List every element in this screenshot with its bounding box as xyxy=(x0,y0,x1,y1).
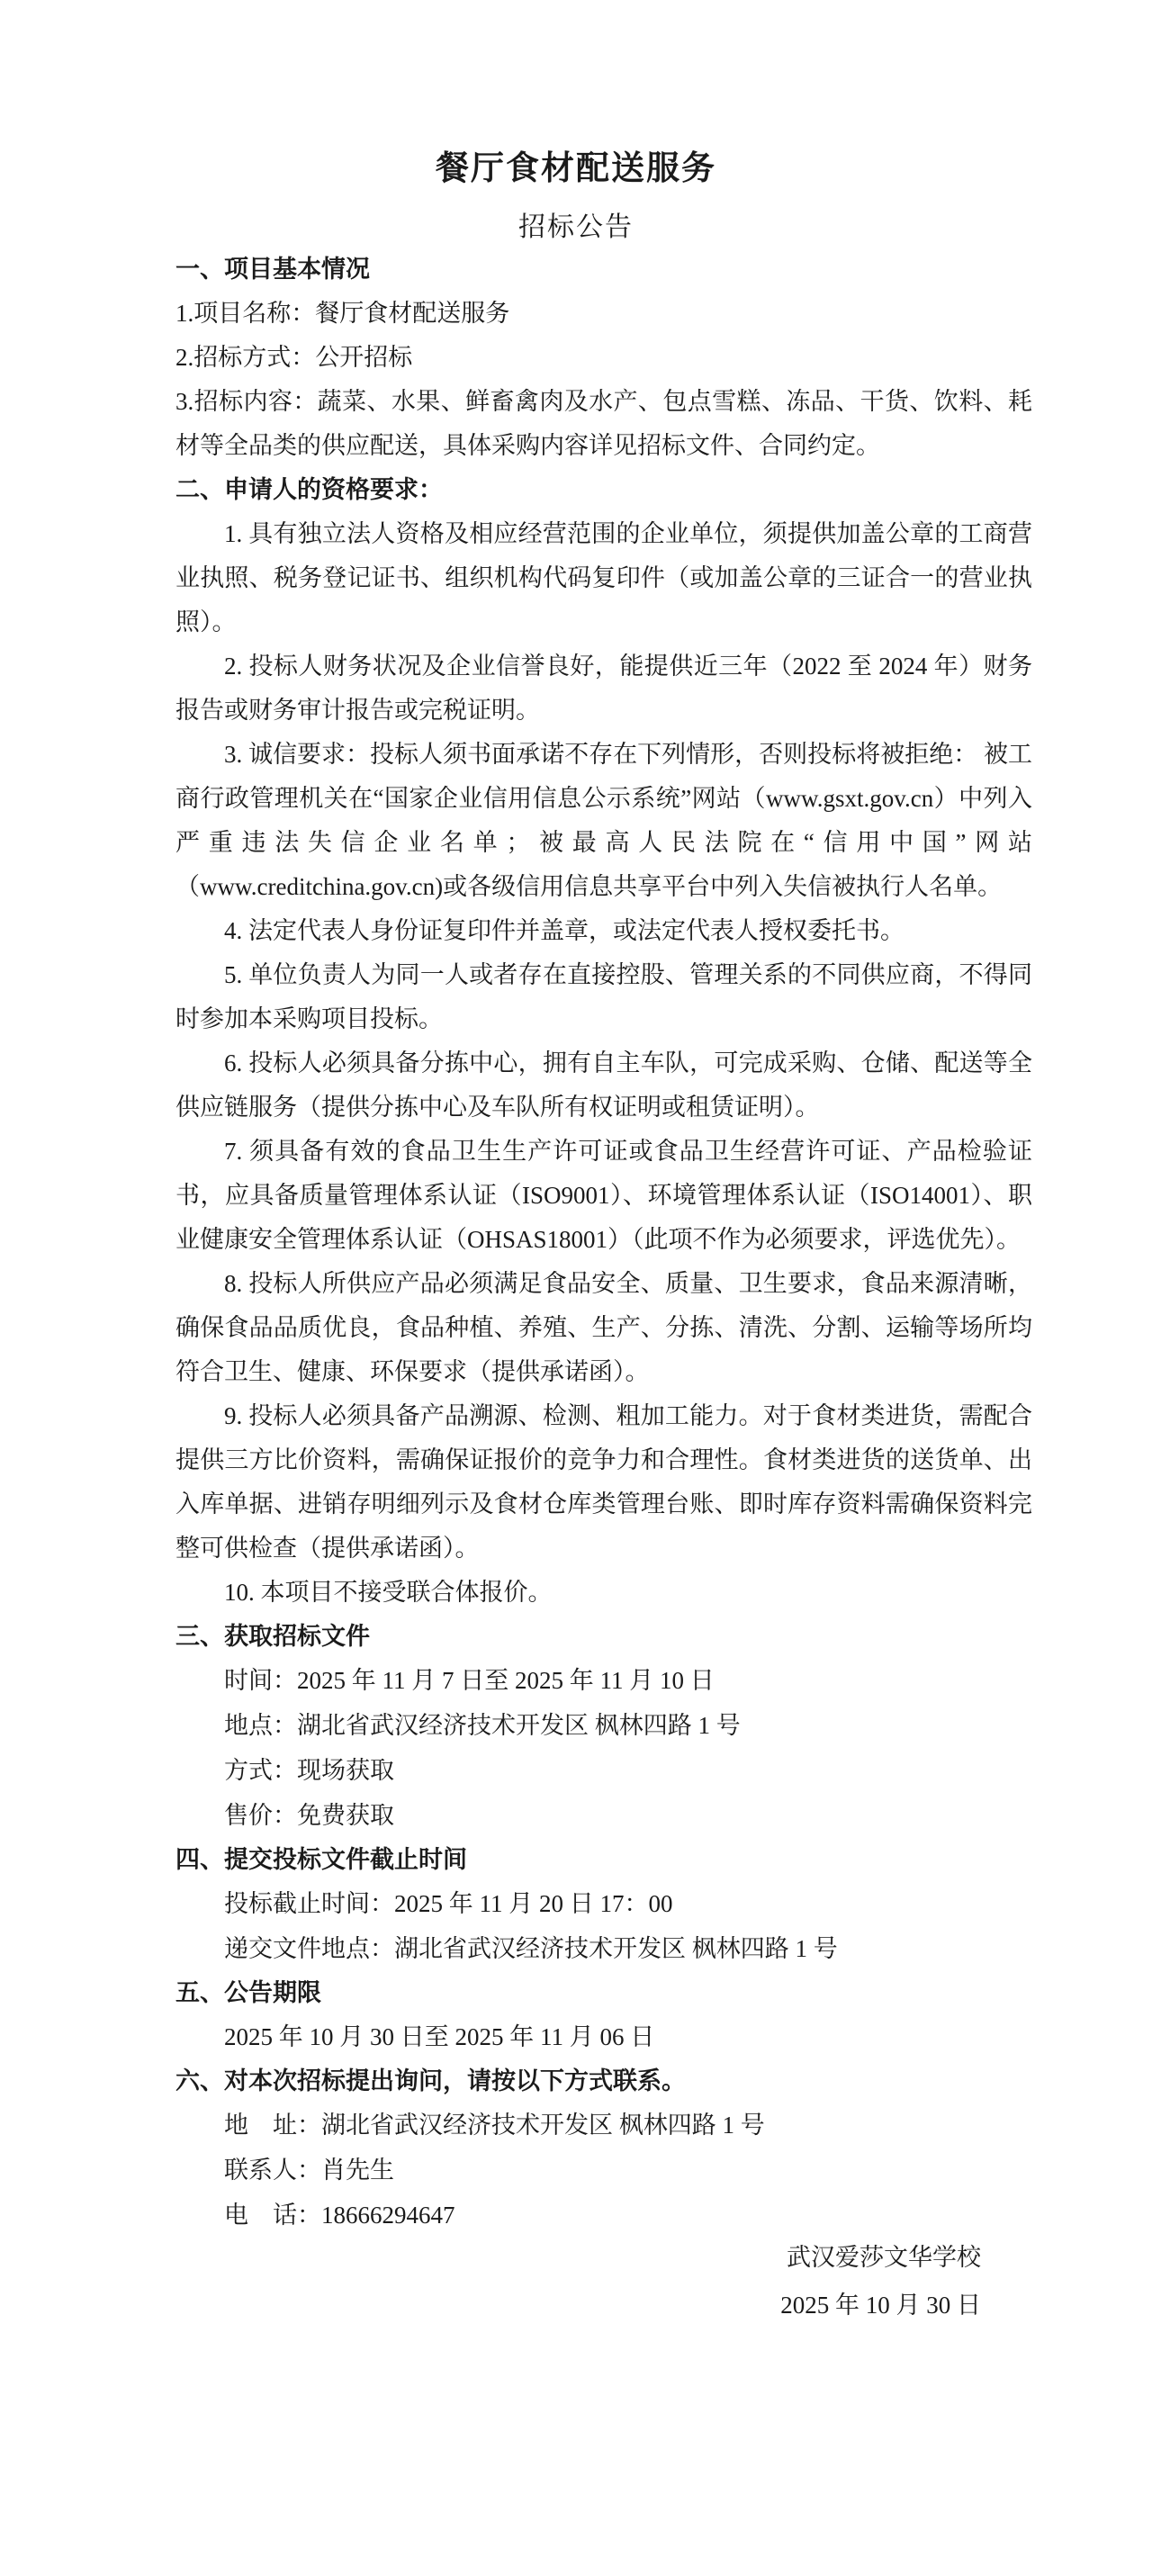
section-2: 二、申请人的资格要求：1. 具有独立法人资格及相应经营范围的企业单位，须提供加盖… xyxy=(175,468,1032,1615)
document-header: 餐厅食材配送服务 招标公告 xyxy=(0,0,1152,248)
page-title: 餐厅食材配送服务 xyxy=(0,149,1152,189)
section-paragraphs: 1.项目名称：餐厅食材配送服务2.招标方式：公开招标3.招标内容：蔬菜、水果、鲜… xyxy=(175,292,1032,468)
section-paragraphs: 2025 年 10 月 30 日至 2025 年 11 月 06 日 xyxy=(175,2015,1032,2059)
section-paragraphs: 地 址：湖北省武汉经济技术开发区 枫林四路 1 号联系人：肖先生电 话：1866… xyxy=(175,2103,1032,2238)
section-heading: 一、项目基本情况 xyxy=(175,248,1032,292)
signature-date: 2025 年 10 月 30 日 xyxy=(175,2283,981,2328)
document-subtitle: 招标公告 xyxy=(0,208,1152,248)
section-heading: 三、获取招标文件 xyxy=(175,1615,1032,1659)
paragraph: 4. 法定代表人身份证复印件并盖章，或法定代表人授权委托书。 xyxy=(175,909,1032,953)
section-heading: 五、公告期限 xyxy=(175,1971,1032,2015)
paragraph: 投标截止时间：2025 年 11 月 20 日 17：00 xyxy=(175,1882,1032,1926)
paragraph: 10. 本项目不接受联合体报价。 xyxy=(175,1571,1032,1615)
paragraph: 6. 投标人必须具备分拣中心，拥有自主车队，可完成采购、仓储、配送等全供应链服务… xyxy=(175,1041,1032,1130)
paragraph: 9. 投标人必须具备产品溯源、检测、粗加工能力。对于食材类进货，需配合提供三方比… xyxy=(175,1394,1032,1571)
signature-block: 武汉爱莎文华学校 2025 年 10 月 30 日 xyxy=(0,2236,1152,2328)
section-6: 六、对本次招标提出询问，请按以下方式联系。地 址：湖北省武汉经济技术开发区 枫林… xyxy=(175,2059,1032,2238)
paragraph: 2025 年 10 月 30 日至 2025 年 11 月 06 日 xyxy=(175,2015,1032,2059)
paragraph: 联系人：肖先生 xyxy=(175,2148,1032,2193)
paragraph: 1. 具有独立法人资格及相应经营范围的企业单位，须提供加盖公章的工商营业执照、税… xyxy=(175,512,1032,644)
section-heading: 二、申请人的资格要求： xyxy=(175,468,1032,512)
paragraph: 2. 投标人财务状况及企业信誉良好，能提供近三年（2022 至 2024 年）财… xyxy=(175,644,1032,733)
signature-org: 武汉爱莎文华学校 xyxy=(175,2236,981,2280)
paragraph: 2.招标方式：公开招标 xyxy=(175,336,1032,380)
section-paragraphs: 时间：2025 年 11 月 7 日至 2025 年 11 月 10 日地点：湖… xyxy=(175,1659,1032,1838)
paragraph: 5. 单位负责人为同一人或者存在直接控股、管理关系的不同供应商，不得同时参加本采… xyxy=(175,953,1032,1041)
section-3: 三、获取招标文件时间：2025 年 11 月 7 日至 2025 年 11 月 … xyxy=(175,1615,1032,1838)
paragraph: 售价：免费获取 xyxy=(175,1794,1032,1838)
section-heading: 四、提交投标文件截止时间 xyxy=(175,1838,1032,1882)
section-paragraphs: 投标截止时间：2025 年 11 月 20 日 17：00递交文件地点：湖北省武… xyxy=(175,1882,1032,1971)
paragraph: 7. 须具备有效的食品卫生生产许可证或食品卫生经营许可证、产品检验证书，应具备质… xyxy=(175,1130,1032,1262)
section-paragraphs: 1. 具有独立法人资格及相应经营范围的企业单位，须提供加盖公章的工商营业执照、税… xyxy=(175,512,1032,1615)
paragraph: 3. 诚信要求：投标人须书面承诺不存在下列情形，否则投标将被拒绝： 被工商行政管… xyxy=(175,733,1032,909)
paragraph: 时间：2025 年 11 月 7 日至 2025 年 11 月 10 日 xyxy=(175,1659,1032,1703)
section-5: 五、公告期限2025 年 10 月 30 日至 2025 年 11 月 06 日 xyxy=(175,1971,1032,2059)
paragraph: 方式：现场获取 xyxy=(175,1749,1032,1793)
section-1: 一、项目基本情况1.项目名称：餐厅食材配送服务2.招标方式：公开招标3.招标内容… xyxy=(175,248,1032,468)
document-body: 一、项目基本情况1.项目名称：餐厅食材配送服务2.招标方式：公开招标3.招标内容… xyxy=(0,248,1152,2238)
paragraph: 电 话：18666294647 xyxy=(175,2193,1032,2238)
paragraph: 地点：湖北省武汉经济技术开发区 枫林四路 1 号 xyxy=(175,1704,1032,1748)
document-page: 餐厅食材配送服务 招标公告 一、项目基本情况1.项目名称：餐厅食材配送服务2.招… xyxy=(0,0,1152,2576)
paragraph: 地 址：湖北省武汉经济技术开发区 枫林四路 1 号 xyxy=(175,2103,1032,2148)
paragraph: 递交文件地点：湖北省武汉经济技术开发区 枫林四路 1 号 xyxy=(175,1927,1032,1971)
section-4: 四、提交投标文件截止时间投标截止时间：2025 年 11 月 20 日 17：0… xyxy=(175,1838,1032,1971)
paragraph: 3.招标内容：蔬菜、水果、鲜畜禽肉及水产、包点雪糕、冻品、干货、饮料、耗材等全品… xyxy=(175,380,1032,468)
paragraph: 8. 投标人所供应产品必须满足食品安全、质量、卫生要求，食品来源清晰，确保食品品… xyxy=(175,1262,1032,1394)
section-heading: 六、对本次招标提出询问，请按以下方式联系。 xyxy=(175,2059,1032,2103)
paragraph: 1.项目名称：餐厅食材配送服务 xyxy=(175,292,1032,336)
